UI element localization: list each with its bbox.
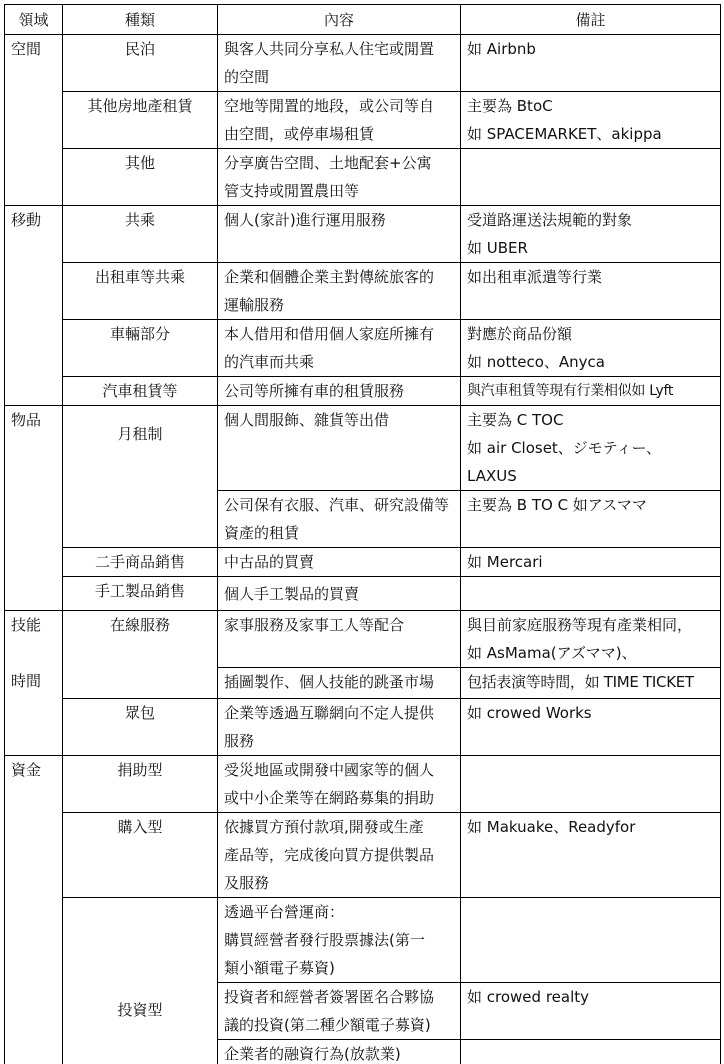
table-row: 出租車等共乘 企業和個體企業主對傳統旅客的運輸服務 如出租車派遣等行業 (5, 263, 721, 320)
note-cell: 主要為 BtoC如 SPACEMARKET、akippa (461, 92, 721, 149)
header-note: 備註 (461, 5, 721, 35)
category-cell: 共乘 (63, 206, 218, 263)
content-cell: 依據買方預付款項,開發或生產產品等，完成後向買方提供製品及服務 (218, 813, 461, 898)
category-cell: 眾包 (63, 699, 218, 756)
table-row: 二手商品銷售 中古品的買賣 如 Mercari (5, 548, 721, 577)
header-domain: 領域 (5, 5, 63, 35)
content-cell: 插圖製作、個人技能的跳蚤市場 (218, 668, 461, 699)
category-cell: 汽車租賃等 (63, 377, 218, 406)
note-cell: 如 crowed realty (461, 983, 721, 1040)
content-cell: 分享廣告空間、土地配套+公寓管支持或閒置農田等 (218, 149, 461, 206)
table-row: 移動 共乘 個人(家計)進行運用服務 受道路運送法規範的對象如 UBER (5, 206, 721, 263)
content-cell: 空地等閒置的地段，或公司等自由空間，或停車場租賃 (218, 92, 461, 149)
category-cell: 在線服務 (63, 611, 218, 699)
note-cell: 與汽車租賃等現有行業相似如 Lyft (461, 377, 721, 406)
content-cell: 透過平台營運商：購買經營者發行股票據法(第一類小額電子募資) (218, 898, 461, 983)
table-row: 手工製品銷售 個人手工製品的買賣 (5, 577, 721, 611)
table-row: 資金 捐助型 受災地區或開發中國家等的個人或中小企業等在網路募集的捐助 (5, 756, 721, 813)
note-cell: 受道路運送法規範的對象如 UBER (461, 206, 721, 263)
table-row: 其他 分享廣告空間、土地配套+公寓管支持或閒置農田等 (5, 149, 721, 206)
note-cell: 對應於商品份額如 notteco、Anyca (461, 320, 721, 377)
note-cell (461, 756, 721, 813)
category-cell: 車輛部分 (63, 320, 218, 377)
content-cell: 個人間服飾、雜貨等出借 (218, 406, 461, 491)
note-cell: 如 Airbnb (461, 35, 721, 92)
category-cell: 投資型 (63, 898, 218, 1064)
content-cell: 企業和個體企業主對傳統旅客的運輸服務 (218, 263, 461, 320)
table-row: 空間 民泊 與客人共同分享私人住宅或閒置的空間 如 Airbnb (5, 35, 721, 92)
note-cell: 主要為 B TO C 如アスママ (461, 491, 721, 548)
sharing-economy-table: 領域 種類 內容 備註 空間 民泊 與客人共同分享私人住宅或閒置的空間 如 Ai… (4, 4, 721, 1064)
content-cell: 受災地區或開發中國家等的個人或中小企業等在網路募集的捐助 (218, 756, 461, 813)
table-row: 眾包 企業等透過互聯網向不定人提供服務 如 crowed Works (5, 699, 721, 756)
header-category: 種類 (63, 5, 218, 35)
table-row: 車輛部分 本人借用和借用個人家庭所擁有的汽車而共乘 對應於商品份額如 notte… (5, 320, 721, 377)
note-cell: 如 crowed Works (461, 699, 721, 756)
category-cell: 手工製品銷售 (63, 577, 218, 611)
note-cell (461, 577, 721, 611)
header-row: 領域 種類 內容 備註 (5, 5, 721, 35)
domain-cell-mobility: 移動 (5, 206, 63, 406)
note-cell: 包括表演等時間，如 TIME TICKET (461, 668, 721, 699)
table-row: 技能時間 在線服務 家事服務及家事工人等配合 與目前家庭服務等現有產業相同，如 … (5, 611, 721, 668)
domain-cell-skills-time: 技能時間 (5, 611, 63, 756)
note-cell (461, 1040, 721, 1064)
note-cell: 主要為 C TOC如 air Closet、ジモティー、LAXUS (461, 406, 721, 491)
content-cell: 個人(家計)進行運用服務 (218, 206, 461, 263)
domain-cell-goods: 物品 (5, 406, 63, 611)
content-cell: 與客人共同分享私人住宅或閒置的空間 (218, 35, 461, 92)
content-cell: 本人借用和借用個人家庭所擁有的汽車而共乘 (218, 320, 461, 377)
category-cell: 其他房地產租賃 (63, 92, 218, 149)
table-row: 汽車租賃等 公司等所擁有車的租賃服務 與汽車租賃等現有行業相似如 Lyft (5, 377, 721, 406)
category-cell: 二手商品銷售 (63, 548, 218, 577)
category-cell: 其他 (63, 149, 218, 206)
domain-cell-funding: 資金 (5, 756, 63, 1064)
note-cell (461, 149, 721, 206)
header-content: 內容 (218, 5, 461, 35)
note-cell: 如出租車派遣等行業 (461, 263, 721, 320)
table-row: 購入型 依據買方預付款項,開發或生產產品等，完成後向買方提供製品及服務 如 Ma… (5, 813, 721, 898)
table-row: 其他房地產租賃 空地等閒置的地段，或公司等自由空間，或停車場租賃 主要為 Bto… (5, 92, 721, 149)
table-row: 投資型 透過平台營運商：購買經營者發行股票據法(第一類小額電子募資) (5, 898, 721, 983)
note-cell: 與目前家庭服務等現有產業相同，如 AsMama(アズママ)、 (461, 611, 721, 668)
category-cell: 捐助型 (63, 756, 218, 813)
table-row: 物品 月租制 個人間服飾、雜貨等出借 主要為 C TOC如 air Closet… (5, 406, 721, 491)
note-cell: 如 Makuake、Readyfor (461, 813, 721, 898)
content-cell: 公司保有衣服、汽車、研究設備等資產的租賃 (218, 491, 461, 548)
domain-cell-space: 空間 (5, 35, 63, 206)
category-cell: 民泊 (63, 35, 218, 92)
content-cell: 企業者的融資行為(放款業) (218, 1040, 461, 1064)
content-cell: 公司等所擁有車的租賃服務 (218, 377, 461, 406)
note-cell (461, 898, 721, 983)
content-cell: 投資者和經營者簽署匿名合夥協議的投資(第二種少額電子募資) (218, 983, 461, 1040)
content-cell: 個人手工製品的買賣 (218, 577, 461, 611)
category-cell: 購入型 (63, 813, 218, 898)
content-cell: 中古品的買賣 (218, 548, 461, 577)
category-cell: 出租車等共乘 (63, 263, 218, 320)
note-cell: 如 Mercari (461, 548, 721, 577)
content-cell: 家事服務及家事工人等配合 (218, 611, 461, 668)
content-cell: 企業等透過互聯網向不定人提供服務 (218, 699, 461, 756)
category-cell: 月租制 (63, 406, 218, 548)
